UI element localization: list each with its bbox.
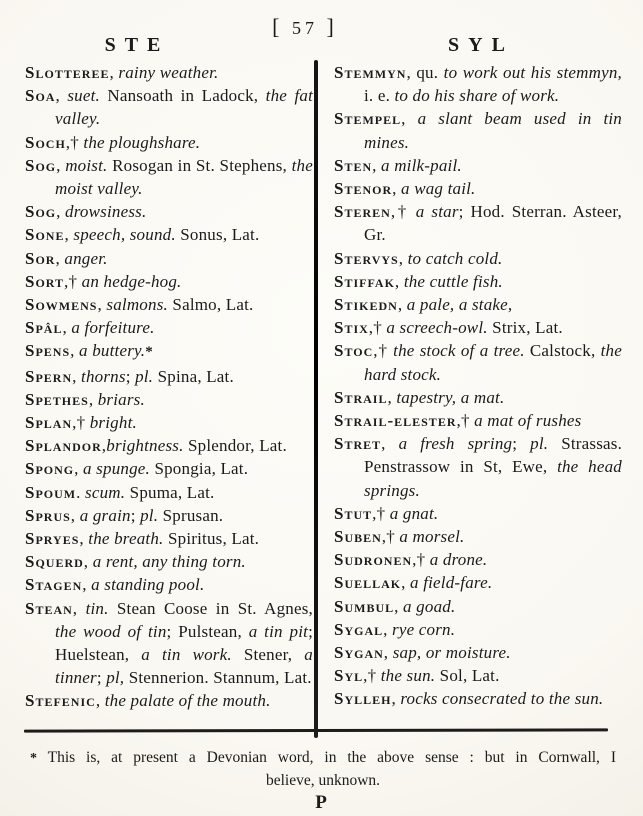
- headword: Soch: [25, 133, 66, 152]
- definition-text: ,: [72, 367, 81, 386]
- definition-text: ,: [381, 434, 398, 453]
- definition-text: ,†: [369, 318, 387, 337]
- dictionary-entry: Soa, suet. Nansoath in Ladock, the fat v…: [25, 84, 313, 130]
- definition-text: ,: [383, 620, 392, 639]
- headword: Stempel: [334, 109, 401, 128]
- definition-text: speech, sound.: [73, 225, 175, 244]
- page-number-bracket-right: ]: [327, 14, 338, 39]
- headword: Stefenic: [25, 691, 96, 710]
- definition-text: rainy weather.: [118, 63, 218, 82]
- definition-text: Calstock,: [525, 341, 601, 360]
- headword: Stikedn: [334, 295, 398, 314]
- definition-text: ,: [398, 295, 407, 314]
- definition-text: sap, or moisture.: [393, 643, 511, 662]
- definition-text: Strix, Lat.: [488, 318, 563, 337]
- definition-text: Splendor, Lat.: [184, 436, 287, 455]
- dictionary-entry: Spryes, the breath. Spiritus, Lat.: [25, 527, 313, 550]
- dictionary-entry: Splandor,brightness. Splendor, Lat.: [25, 434, 313, 457]
- definition-text: the breath.: [88, 529, 163, 548]
- definition-text: ,: [73, 599, 86, 618]
- definition-text: Spina, Lat.: [153, 367, 234, 386]
- headword: Sor: [25, 249, 55, 268]
- dictionary-page: [ 57 ] STE SYL Slotteree, rainy weather.…: [0, 0, 643, 816]
- dictionary-entry: Strail-elester,† a mat of rushes: [334, 409, 622, 432]
- dictionary-entry: Suben,† a morsel.: [334, 525, 622, 548]
- dictionary-entry: Spong, a spunge. Spongia, Lat.: [25, 457, 313, 480]
- headword: Spryes: [25, 529, 79, 548]
- footnote: * This is, at present a Devonian word, i…: [30, 747, 616, 792]
- entry-list-right: Stemmyn, qu. to work out his stemmyn, i.…: [334, 61, 622, 711]
- headword: Stemmyn: [334, 63, 406, 82]
- definition-text: a pale, a stake,: [407, 295, 513, 314]
- definition-text: to work out his stemmyn,: [444, 63, 622, 82]
- definition-text: a goad.: [403, 597, 455, 616]
- dictionary-entry: Sygan, sap, or moisture.: [334, 641, 622, 664]
- definition-text: pl,: [106, 668, 124, 687]
- headword: Stean: [25, 599, 73, 618]
- definition-text: briars.: [98, 390, 145, 409]
- definition-text: the stock of a tree.: [393, 341, 525, 360]
- dictionary-entry: Stefenic, the palate of the mouth.: [25, 689, 313, 712]
- footnote-reference-marker: *: [145, 344, 153, 360]
- definition-text: anger.: [64, 249, 107, 268]
- headword: Sog: [25, 202, 56, 221]
- definition-text: tapestry, a mat.: [396, 388, 504, 407]
- headword: Stiffak: [334, 272, 395, 291]
- definition-text: ,: [392, 179, 401, 198]
- dictionary-entry: Sog, moist. Rosogan in St. Stephens, the…: [25, 154, 313, 200]
- headword: Sylleh: [334, 689, 391, 708]
- dictionary-entry: Sog, drowsiness.: [25, 200, 313, 223]
- definition-text: tin.: [86, 599, 109, 618]
- definition-text: ,: [395, 272, 404, 291]
- definition-text: suet.: [67, 86, 100, 105]
- definition-text: Rosogan in St. Stephens,: [108, 156, 292, 175]
- definition-text: Spuma, Lat.: [125, 483, 214, 502]
- definition-text: a drone.: [430, 550, 488, 569]
- column-header-left: STE: [52, 34, 222, 57]
- dictionary-entry: Sort,† an hedge-hog.: [25, 270, 313, 293]
- headword: Spoum: [25, 483, 76, 502]
- definition-text: a rent, any thing torn.: [93, 552, 246, 571]
- headword: Stervys: [334, 249, 399, 268]
- dictionary-entry: Sor, anger.: [25, 247, 313, 270]
- headword: Slotteree: [25, 63, 109, 82]
- dictionary-entry: Sprus, a grain; pl. Sprusan.: [25, 504, 313, 527]
- dictionary-entry: Syl,† the sun. Sol, Lat.: [334, 664, 622, 687]
- dictionary-entry: Spethes, briars.: [25, 388, 313, 411]
- definition-text: i. e.: [364, 86, 394, 105]
- dictionary-entry: Sudronen,† a drone.: [334, 548, 622, 571]
- headword: Spong: [25, 459, 74, 478]
- dictionary-entry: Sylleh, rocks consecrated to the sun.: [334, 687, 622, 710]
- definition-text: ,: [372, 156, 381, 175]
- definition-text: a wag tail.: [401, 179, 475, 198]
- definition-text: the wood of tin: [55, 622, 167, 641]
- dictionary-entry: Squerd, a rent, any thing torn.: [25, 550, 313, 573]
- definition-text: ,†: [382, 527, 400, 546]
- definition-text: ,: [70, 341, 79, 360]
- dictionary-entry: Steren,† a star; Hod. Sterran. Asteer, G…: [334, 200, 622, 246]
- definition-text: drowsiness.: [65, 202, 146, 221]
- page-number: 57: [292, 18, 318, 38]
- definition-text: scum.: [85, 483, 125, 502]
- definition-text: moist.: [65, 156, 107, 175]
- headword: Strail-elester: [334, 411, 457, 430]
- page-number-display: [ 57 ]: [240, 14, 370, 40]
- definition-text: a tin work.: [141, 645, 232, 664]
- footnote-marker: *: [30, 751, 37, 766]
- headword: Splan: [25, 413, 72, 432]
- entry-list-left: Slotteree, rainy weather.Soa, suet. Nans…: [25, 61, 313, 713]
- dictionary-entry: Splan,† bright.: [25, 411, 313, 434]
- definition-text: ;: [126, 367, 135, 386]
- definition-text: a star: [416, 202, 459, 221]
- definition-text: ,: [401, 573, 410, 592]
- column-divider-rule: [314, 60, 318, 738]
- column-header-right: SYL: [396, 34, 566, 57]
- definition-text: ,†: [373, 341, 393, 360]
- definition-text: pl.: [140, 506, 158, 525]
- headword: Sygan: [334, 643, 384, 662]
- definition-text: the cuttle fish.: [404, 272, 503, 291]
- definition-text: ,: [74, 459, 83, 478]
- dictionary-entry: Stenor, a wag tail.: [334, 177, 622, 200]
- definition-text: ,: [384, 643, 393, 662]
- headword: Suben: [334, 527, 382, 546]
- definition-text: ,: [82, 575, 91, 594]
- definition-text: to do his share of work.: [394, 86, 559, 105]
- headword: Squerd: [25, 552, 84, 571]
- definition-text: Nansoath in Ladock,: [100, 86, 266, 105]
- headword: Sprus: [25, 506, 71, 525]
- definition-text: salmons.: [106, 295, 168, 314]
- definition-text: a grain: [80, 506, 131, 525]
- definition-text: ,: [96, 691, 105, 710]
- dictionary-entry: Stean, tin. Stean Coose in St. Agnes, th…: [25, 597, 313, 690]
- definition-text: ,: [401, 109, 417, 128]
- definition-text: a milk-pail.: [381, 156, 462, 175]
- definition-text: ,†: [412, 550, 430, 569]
- definition-text: ,†: [391, 202, 416, 221]
- headword: Stenor: [334, 179, 392, 198]
- dictionary-entry: Stikedn, a pale, a stake,: [334, 293, 622, 316]
- headword: Sowmens: [25, 295, 97, 314]
- definition-text: the palate of the mouth.: [105, 691, 271, 710]
- definition-text: ,: [84, 552, 93, 571]
- headword: Stret: [334, 434, 381, 453]
- dictionary-entry: Spern, thorns; pl. Spina, Lat.: [25, 365, 313, 388]
- dictionary-entry: Stervys, to catch cold.: [334, 247, 622, 270]
- definition-text: a screech-owl.: [386, 318, 487, 337]
- definition-text: ,†: [363, 666, 381, 685]
- definition-text: a morsel.: [399, 527, 464, 546]
- dictionary-entry: Spoum. scum. Spuma, Lat.: [25, 481, 313, 504]
- footnote-line-1: * This is, at present a Devonian word, i…: [30, 747, 616, 770]
- definition-text: a forfeiture.: [71, 318, 154, 337]
- definition-text: Salmo, Lat.: [168, 295, 254, 314]
- headword: Stoc: [334, 341, 373, 360]
- definition-text: a gnat.: [390, 504, 439, 523]
- headword: Sygal: [334, 620, 383, 639]
- definition-text: a mat of rushes: [474, 411, 581, 430]
- definition-text: Sprusan.: [158, 506, 223, 525]
- page-number-bracket-left: [: [272, 14, 283, 39]
- headword: Spethes: [25, 390, 89, 409]
- dictionary-entry: Stemmyn, qu. to work out his stemmyn, i.…: [334, 61, 622, 107]
- headword: Stut: [334, 504, 372, 523]
- definition-text: a spunge.: [83, 459, 150, 478]
- definition-text: bright.: [90, 413, 137, 432]
- definition-text: rye corn.: [392, 620, 455, 639]
- dictionary-entry: Stut,† a gnat.: [334, 502, 622, 525]
- footnote-separator-rule: [24, 728, 608, 732]
- headword: Sudronen: [334, 550, 412, 569]
- definition-text: Stener,: [232, 645, 304, 664]
- headword: Sten: [334, 156, 372, 175]
- definition-text: brightness.: [106, 436, 183, 455]
- signature-mark: P: [0, 792, 643, 814]
- dictionary-entry: Strail, tapestry, a mat.: [334, 386, 622, 409]
- definition-text: ,†: [372, 504, 390, 523]
- dictionary-entry: Suellak, a field-fare.: [334, 571, 622, 594]
- dictionary-entry: Spens, a buttery.*: [25, 339, 313, 364]
- headword: Spern: [25, 367, 72, 386]
- headword: Stix: [334, 318, 369, 337]
- definition-text: Spiritus, Lat.: [164, 529, 260, 548]
- headword: Sone: [25, 225, 64, 244]
- definition-text: Stennerion. Stannum, Lat.: [124, 668, 311, 687]
- definition-text: ; Pulstean,: [167, 622, 249, 641]
- definition-text: Stean Coose in St. Agnes,: [109, 599, 313, 618]
- headword: Splandor: [25, 436, 102, 455]
- dictionary-entry: Stagen, a standing pool.: [25, 573, 313, 596]
- definition-text: the sun.: [381, 666, 435, 685]
- headword: Strail: [334, 388, 387, 407]
- dictionary-entry: Stoc,† the stock of a tree. Calstock, th…: [334, 339, 622, 385]
- footnote-line-2: believe, unknown.: [30, 770, 616, 792]
- definition-text: ,†: [66, 133, 84, 152]
- definition-text: ,†: [457, 411, 475, 430]
- definition-text: Sol, Lat.: [435, 666, 499, 685]
- dictionary-entry: Stix,† a screech-owl. Strix, Lat.: [334, 316, 622, 339]
- definition-text: ;: [512, 434, 530, 453]
- definition-text: ,: [55, 86, 67, 105]
- definition-text: ,†: [72, 413, 90, 432]
- definition-text: an hedge-hog.: [82, 272, 182, 291]
- definition-text: ,: [399, 249, 408, 268]
- dictionary-entry: Sygal, rye corn.: [334, 618, 622, 641]
- dictionary-entry: Spâl, a forfeiture.: [25, 316, 313, 339]
- headword: Stagen: [25, 575, 82, 594]
- headword: Suellak: [334, 573, 401, 592]
- definition-text: , qu.: [406, 63, 443, 82]
- dictionary-entry: Stret, a fresh spring; pl. Strassas. Pen…: [334, 432, 622, 502]
- footnote-text-1: This is, at present a Devonian word, in …: [48, 749, 616, 766]
- definition-text: .: [76, 483, 85, 502]
- definition-text: to catch cold.: [408, 249, 503, 268]
- definition-text: a buttery.: [79, 341, 145, 360]
- headword: Syl: [334, 666, 363, 685]
- headword: Sort: [25, 272, 64, 291]
- definition-text: thorns: [81, 367, 126, 386]
- dictionary-entry: Sten, a milk-pail.: [334, 154, 622, 177]
- definition-text: a standing pool.: [91, 575, 204, 594]
- definition-text: a field-fare.: [410, 573, 492, 592]
- headword: Spens: [25, 341, 70, 360]
- definition-text: ;: [97, 668, 106, 687]
- headword: Sumbul: [334, 597, 394, 616]
- definition-text: the ploughshare.: [83, 133, 200, 152]
- definition-text: ,: [394, 597, 403, 616]
- definition-text: ,†: [64, 272, 82, 291]
- definition-text: ,: [79, 529, 88, 548]
- headword: Steren: [334, 202, 391, 221]
- definition-text: pl.: [530, 434, 548, 453]
- definition-text: ,: [56, 156, 65, 175]
- dictionary-entry: Sone, speech, sound. Sonus, Lat.: [25, 223, 313, 246]
- definition-text: a tin pit: [249, 622, 308, 641]
- headword: Sog: [25, 156, 56, 175]
- definition-text: rocks consecrated to the sun.: [400, 689, 603, 708]
- definition-text: Spongia, Lat.: [150, 459, 248, 478]
- definition-text: a fresh spring: [399, 434, 513, 453]
- definition-text: ,: [56, 202, 65, 221]
- headword: Soa: [25, 86, 55, 105]
- dictionary-entry: Stempel, a slant beam used in tin mines.: [334, 107, 622, 153]
- dictionary-entry: Soch,† the ploughshare.: [25, 131, 313, 154]
- definition-text: ,: [89, 390, 98, 409]
- definition-text: ,: [71, 506, 80, 525]
- definition-text: Sonus, Lat.: [176, 225, 260, 244]
- dictionary-entry: Stiffak, the cuttle fish.: [334, 270, 622, 293]
- dictionary-entry: Sumbul, a goad.: [334, 595, 622, 618]
- dictionary-entry: Sowmens, salmons. Salmo, Lat.: [25, 293, 313, 316]
- dictionary-entry: Slotteree, rainy weather.: [25, 61, 313, 84]
- headword: Spâl: [25, 318, 62, 337]
- definition-text: pl.: [135, 367, 153, 386]
- definition-text: ;: [131, 506, 140, 525]
